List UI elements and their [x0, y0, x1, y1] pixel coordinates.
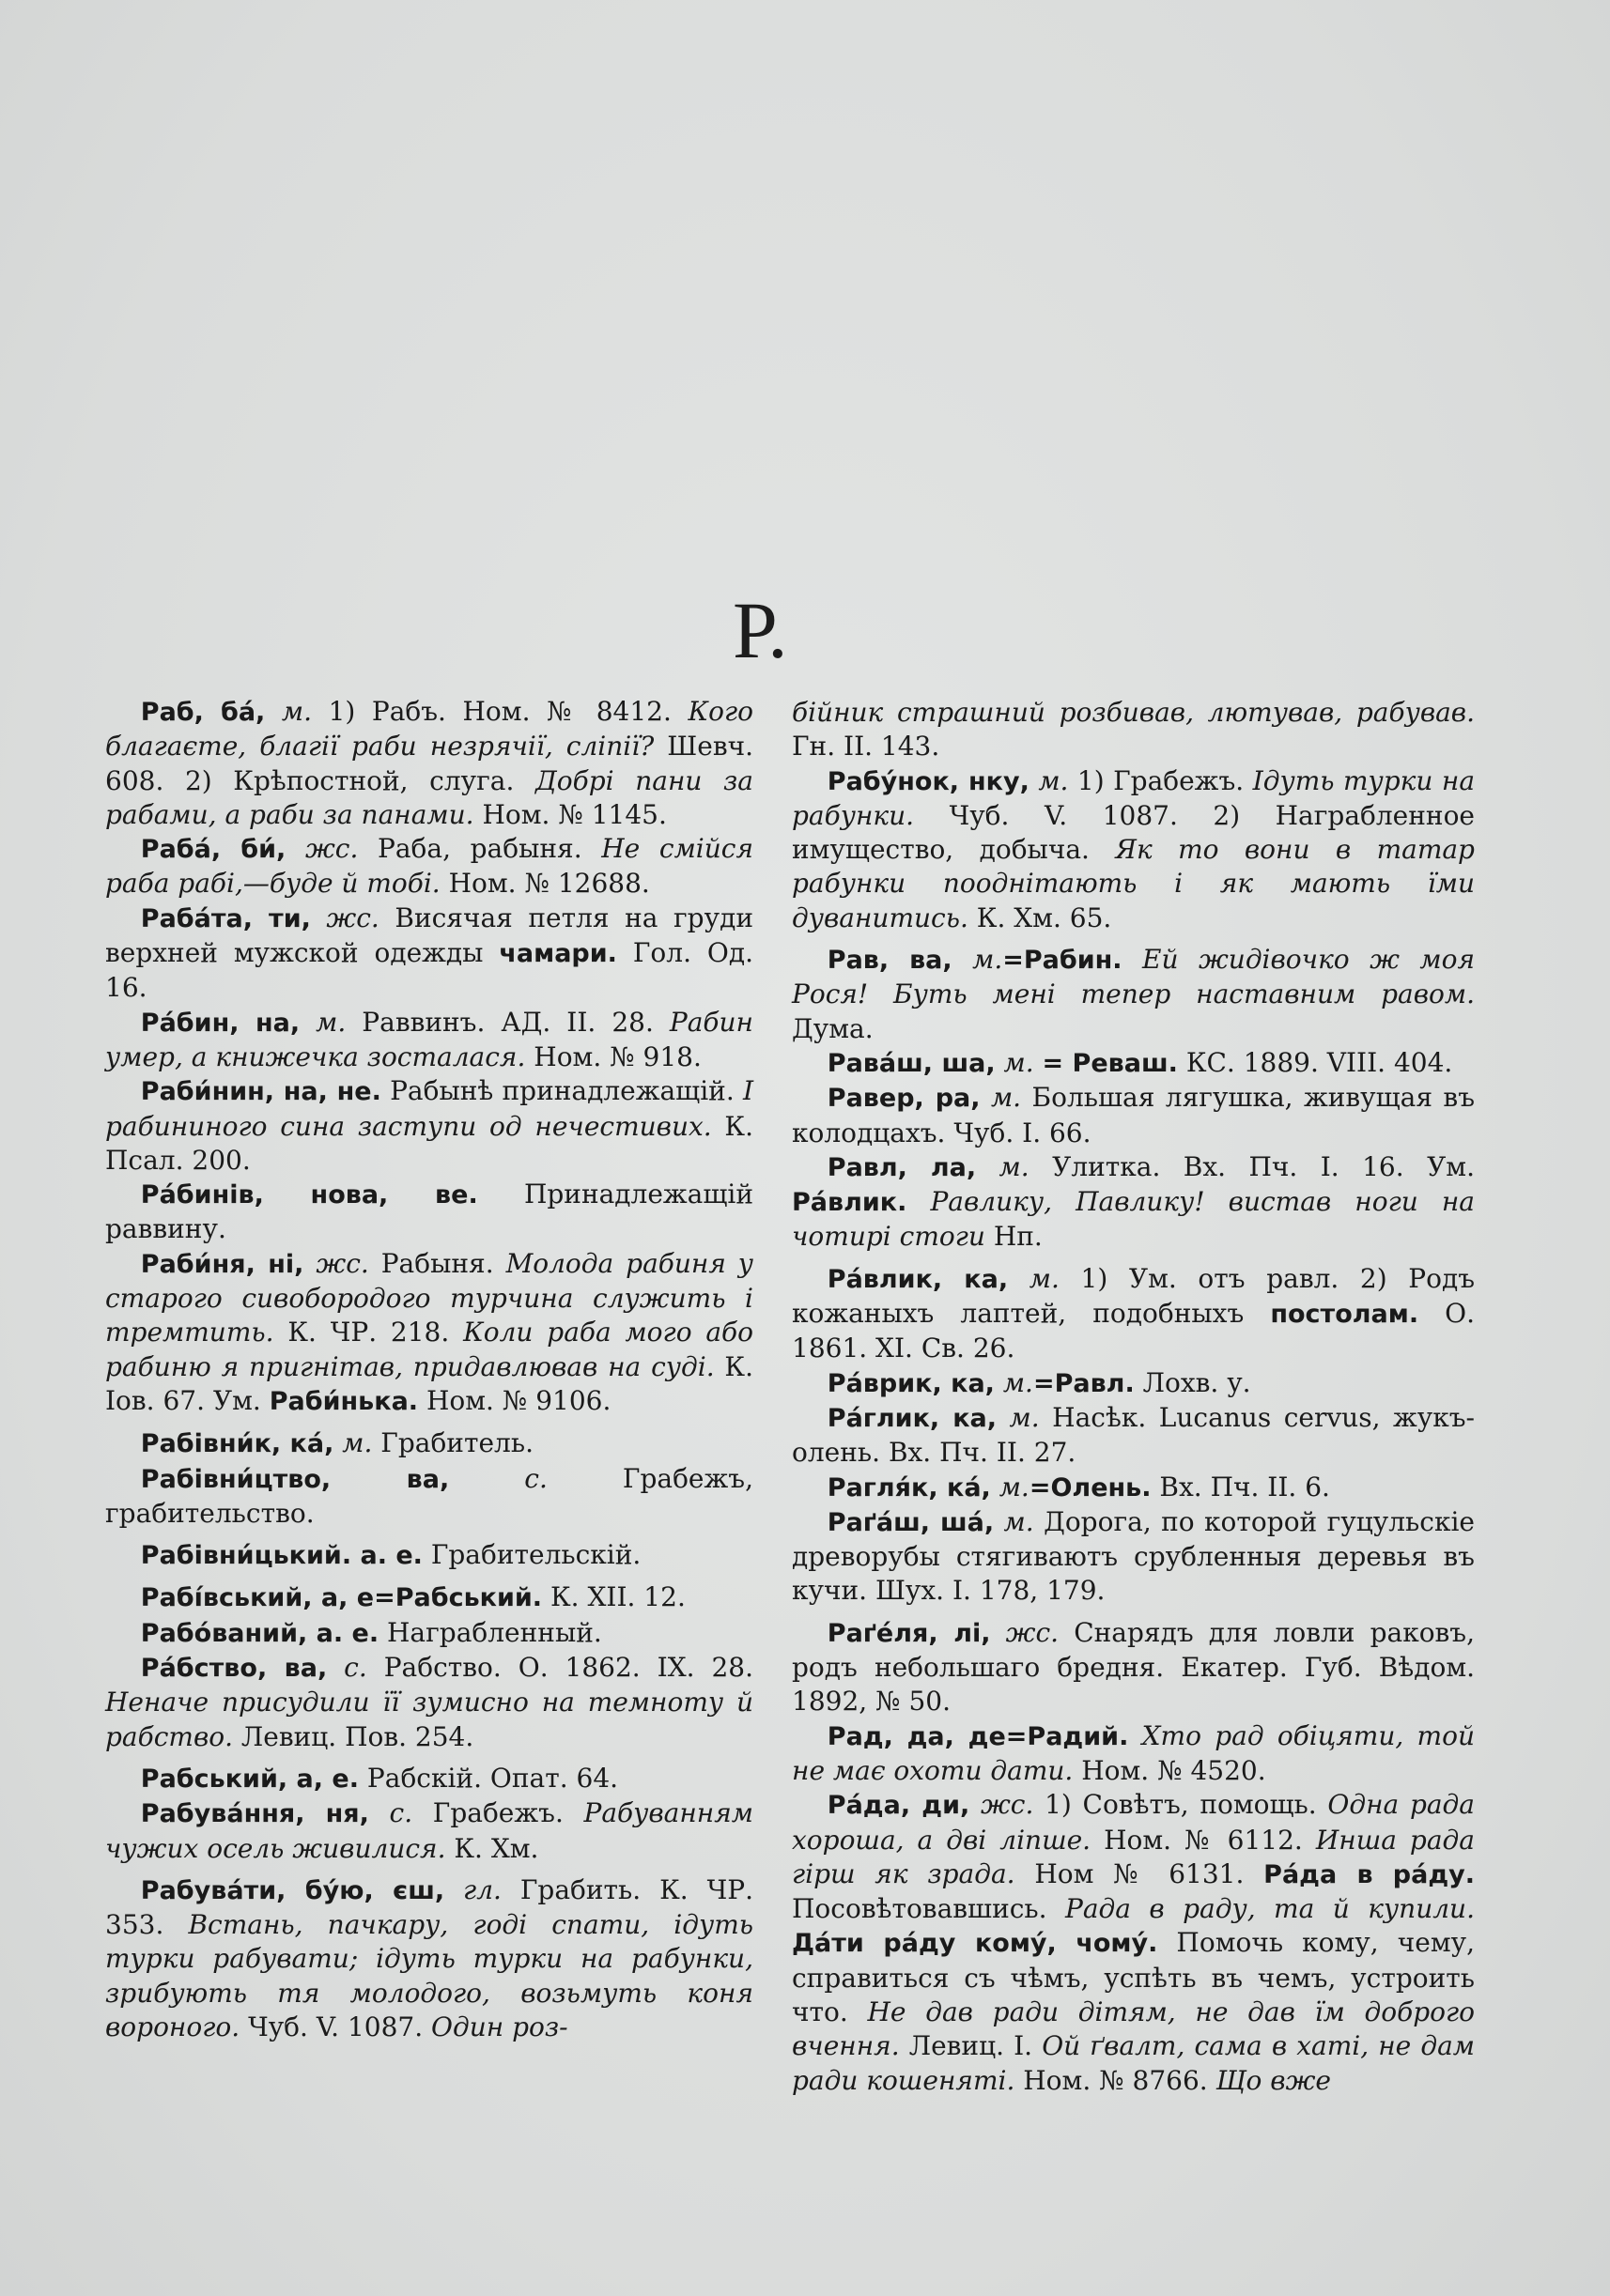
source: Чуб. I. 66. — [953, 1117, 1091, 1148]
entry: Ра́бство, ва, с. Рабство. О. 1862. IX. 2… — [105, 1651, 753, 1754]
entry: Раґе́ля, лі, жс. Снарядъ для ловли раков… — [792, 1616, 1475, 1719]
definition: Грабительскій. — [431, 1539, 641, 1570]
entry: Раба́, би́, жс. Раба, рабыня. Не смійся … — [105, 832, 753, 901]
grammar-label: м. — [1010, 1402, 1040, 1433]
entry: Раби́ня, ні, жс. Рабыня. Молода рабиня у… — [105, 1247, 753, 1419]
example: Що вже — [1216, 2065, 1331, 2096]
grammar-label: м. — [999, 1151, 1029, 1182]
entry: Ра́влик, ка, м. 1) Ум. отъ равл. 2) Родъ… — [792, 1262, 1475, 1366]
definition: Награбленный. — [387, 1617, 602, 1648]
headword: Рабува́ти, бу́ю, єш, — [141, 1876, 444, 1905]
headword: Раба́та, ти, — [141, 904, 311, 933]
headword: Ра́бин, на, — [141, 1009, 300, 1038]
source: Ном. № 9106. — [426, 1385, 611, 1416]
entry: Раґа́ш, ша́, м. Дорога, по которой гуцул… — [792, 1505, 1475, 1609]
grammar-label: жс. — [316, 1248, 368, 1279]
grammar-label: м. — [282, 696, 312, 727]
example: бійник страшний розбивав, лютував, рабув… — [792, 697, 1475, 728]
headword: Рабівни́цтво, ва, — [141, 1465, 449, 1494]
entry: Рагля́к, ка́, м.=Олень. Вх. Пч. II. 6. — [792, 1471, 1475, 1505]
headword: Рабівни́цький. а. е. — [141, 1541, 423, 1570]
headword: Ра́бинів, нова, ве. — [141, 1180, 478, 1210]
headword: Рад, да, де — [828, 1722, 1006, 1751]
definition: Раввинъ. АД. II. 28. — [362, 1007, 654, 1038]
headword: Рабу́нок, нку, — [828, 767, 1029, 796]
source: Ном. № 918. — [534, 1041, 702, 1072]
grammar-label: м. — [1003, 1367, 1033, 1398]
headword: Рабський, а, е. — [141, 1764, 359, 1794]
headword: Ра́да, ди, — [828, 1791, 969, 1820]
definition: Посовѣтовавшись. — [792, 1893, 1047, 1924]
example: Один роз- — [431, 2011, 568, 2042]
entry: Рабува́ння, ня, с. Грабежъ. Рабуванням ч… — [105, 1796, 753, 1866]
grammar-label: гл. — [463, 1874, 502, 1905]
bleed-through-text — [66, 197, 74, 231]
bold-term: =Равл. — [1033, 1369, 1135, 1398]
example: Встань, пачкару, годі спати, ідуть турки… — [105, 1909, 753, 2042]
headword: Раб, ба́, — [141, 698, 266, 727]
headword: Раби́ня, ні, — [141, 1250, 304, 1279]
entry: Ра́врик, ка, м.=Равл. Лохв. у. — [792, 1366, 1475, 1401]
entry: Раби́нин, на, не. Рабынѣ принадлежащій. … — [105, 1074, 753, 1178]
grammar-label: м. — [972, 944, 1002, 975]
headword: Рабі́вський, а, е=Рабський. — [141, 1583, 542, 1612]
grammar-label: м. — [1038, 765, 1068, 796]
headword: Рабо́ваний, а. е. — [141, 1619, 379, 1648]
grammar-label: м. — [1029, 1263, 1060, 1294]
source: Ном. № 1145. — [482, 799, 666, 830]
source: Вх. Пч. II. 6. — [1159, 1472, 1330, 1502]
headword: Раґе́ля, лі, — [828, 1619, 991, 1648]
headword: Рав, ва, — [828, 946, 952, 975]
definition: Раба, рабыня. — [378, 833, 582, 864]
bold-term: чамари. — [499, 939, 617, 968]
headword: Равл, ла, — [828, 1153, 976, 1182]
bold-term: Ра́влик. — [792, 1188, 906, 1217]
source: Ном. № 4520. — [1081, 1755, 1265, 1786]
definition: Грабитель. — [380, 1427, 534, 1458]
entry: Рав, ва, м.=Рабин. Ей жидівочко ж моя Ро… — [792, 943, 1475, 1046]
entry: Раба́та, ти, жс. Висячая петля на груди … — [105, 901, 753, 1006]
grammar-label: жс. — [1006, 1617, 1059, 1648]
dictionary-page: Р. Раб, ба́, м. 1) Рабъ. Ном. № 8412. Ко… — [0, 0, 1610, 2296]
entry: Рабі́вський, а, е=Рабський. К. XII. 12. — [105, 1580, 753, 1615]
example: Рада в раду, та й купили. — [1065, 1893, 1475, 1924]
entry: Рабува́ти, бу́ю, єш, гл. Грабить. К. ЧР.… — [105, 1873, 753, 2044]
headword: Раґа́ш, ша́, — [828, 1508, 994, 1537]
headword: Ра́глик, ка, — [828, 1404, 997, 1433]
definition: Грабить. — [520, 1874, 641, 1905]
entry: Рабський, а, е. Рабскій. Опат. 64. — [105, 1762, 753, 1796]
definition: Грабежъ. — [433, 1797, 564, 1828]
grammar-label: м. — [1004, 1506, 1034, 1537]
entry: Рабівни́к, ка́, м. Грабитель. — [105, 1426, 753, 1461]
definition: Ум. — [1427, 1151, 1475, 1182]
source: Опат. 64. — [490, 1763, 618, 1794]
grammar-label: м. — [316, 1007, 346, 1038]
grammar-label: с. — [344, 1652, 367, 1683]
definition: 1) Грабежъ. — [1077, 765, 1244, 796]
source: Гн. II. 143. — [792, 731, 939, 762]
source: Вх. Пч. I. 16. — [1184, 1151, 1404, 1182]
entry: Рава́ш, ша, м. = Реваш. КС. 1889. VIII. … — [792, 1046, 1475, 1081]
definition: 1) Совѣтъ, помощь. — [1045, 1789, 1317, 1820]
grammar-label: жс. — [326, 902, 379, 933]
bold-term: = Реваш. — [1043, 1049, 1178, 1078]
source: Ном. № 12688. — [449, 868, 650, 899]
bold-term: =Рабин. — [1002, 946, 1122, 975]
entry: Рабівни́цький. а. е. Грабительскій. — [105, 1538, 753, 1573]
headword: Ра́влик, ка, — [828, 1265, 1008, 1294]
grammar-label: м. — [999, 1472, 1029, 1502]
entry: Ра́бинів, нова, ве. Принадлежащій раввин… — [105, 1178, 753, 1247]
source: Ном. № 6112. — [1104, 1825, 1303, 1856]
source: К. Хм. — [454, 1833, 538, 1864]
headword: Раба́, би́, — [141, 835, 286, 864]
headword: Рагля́к, ка́, — [828, 1473, 991, 1502]
source: Лохв. у. — [1143, 1367, 1251, 1398]
left-column: Раб, ба́, м. 1) Рабъ. Ном. № 8412. Кого … — [105, 695, 753, 2044]
section-letter: Р. — [733, 590, 788, 670]
entry: Ра́глик, ка, м. Насѣк. Lucanus cervus, ж… — [792, 1401, 1475, 1471]
source: К. XII. 12. — [550, 1581, 686, 1612]
source: Шух. I. 178, 179. — [875, 1575, 1105, 1606]
right-column: бійник страшний розбивав, лютував, рабув… — [792, 696, 1475, 2098]
bold-term: Да́ти ра́ду кому́, чому́. — [792, 1929, 1157, 1958]
entry: Рабівни́цтво, ва, с. Грабежъ, грабительс… — [105, 1462, 753, 1532]
source: КС. 1889. VIII. 404. — [1186, 1047, 1453, 1078]
headword: Ра́врик, ка, — [828, 1369, 995, 1398]
headword: Рава́ш, ша, — [828, 1049, 996, 1078]
entry: Раб, ба́, м. 1) Рабъ. Ном. № 8412. Кого … — [105, 695, 753, 832]
source: Нп. — [994, 1221, 1043, 1252]
source: К. ЧР. 218. — [287, 1317, 449, 1348]
bold-term: Раби́нька. — [270, 1387, 418, 1416]
headword: Ра́бство, ва, — [141, 1654, 327, 1683]
headword: Равер, ра, — [828, 1084, 981, 1113]
definition: Рабство. О. 1862. IX. 28. — [384, 1652, 753, 1683]
definition: 1) Рабъ. Ном. № 8412. — [329, 696, 672, 727]
bold-term: =Олень. — [1029, 1473, 1152, 1502]
source: Ном № 6131. — [1034, 1858, 1244, 1889]
definition: Рабынѣ принадлежащій. — [390, 1075, 735, 1106]
definition: Улитка. — [1052, 1151, 1160, 1182]
entry-continuation: бійник страшний розбивав, лютував, рабув… — [792, 696, 1475, 764]
source: К. Хм. 65. — [977, 902, 1112, 933]
source: Ном. № 8766. — [1023, 2065, 1207, 2096]
grammar-label: жс. — [305, 833, 358, 864]
entry: Рад, да, де=Радий. Хто рад обіцяти, той … — [792, 1719, 1475, 1789]
headword: Рабівни́к, ка́, — [141, 1429, 334, 1458]
source: Дума. — [792, 1013, 874, 1044]
source: Чуб. V. 1087. — [950, 800, 1178, 831]
entry: Ра́да, ди, жс. 1) Совѣтъ, помощь. Одна р… — [792, 1788, 1475, 2098]
grammar-label: м. — [342, 1427, 372, 1458]
source: Левиц. I. — [909, 2030, 1032, 2061]
source: Вх. Пч. II. 27. — [889, 1437, 1076, 1468]
source: Чуб. V. 1087. — [248, 2011, 423, 2042]
entry: Ра́бин, на, м. Раввинъ. АД. II. 28. Раби… — [105, 1006, 753, 1075]
definition: Рабыня. — [381, 1248, 494, 1279]
grammar-label: м. — [991, 1082, 1021, 1113]
entry: Равер, ра, м. Большая лягушка, живущая в… — [792, 1081, 1475, 1150]
headword: Раби́нин, на, не. — [141, 1077, 381, 1106]
entry: Рабо́ваний, а. е. Награбленный. — [105, 1616, 753, 1651]
grammar-label: с. — [524, 1463, 548, 1494]
headword: Рабува́ння, ня, — [141, 1799, 369, 1828]
grammar-label: с. — [390, 1797, 413, 1828]
bold-term: =Радий. — [1006, 1722, 1129, 1751]
entry: Рабу́нок, нку, м. 1) Грабежъ. Ідуть турк… — [792, 764, 1475, 935]
entry: Равл, ла, м. Улитка. Вх. Пч. I. 16. Ум. … — [792, 1150, 1475, 1255]
bold-term: Ра́да в ра́ду. — [1263, 1860, 1475, 1889]
grammar-label: м. — [1004, 1047, 1034, 1078]
definition: Рабскій. — [367, 1763, 482, 1794]
source: Левиц. Пов. 254. — [241, 1721, 473, 1752]
bold-term: постолам. — [1270, 1300, 1418, 1329]
grammar-label: жс. — [981, 1789, 1033, 1820]
